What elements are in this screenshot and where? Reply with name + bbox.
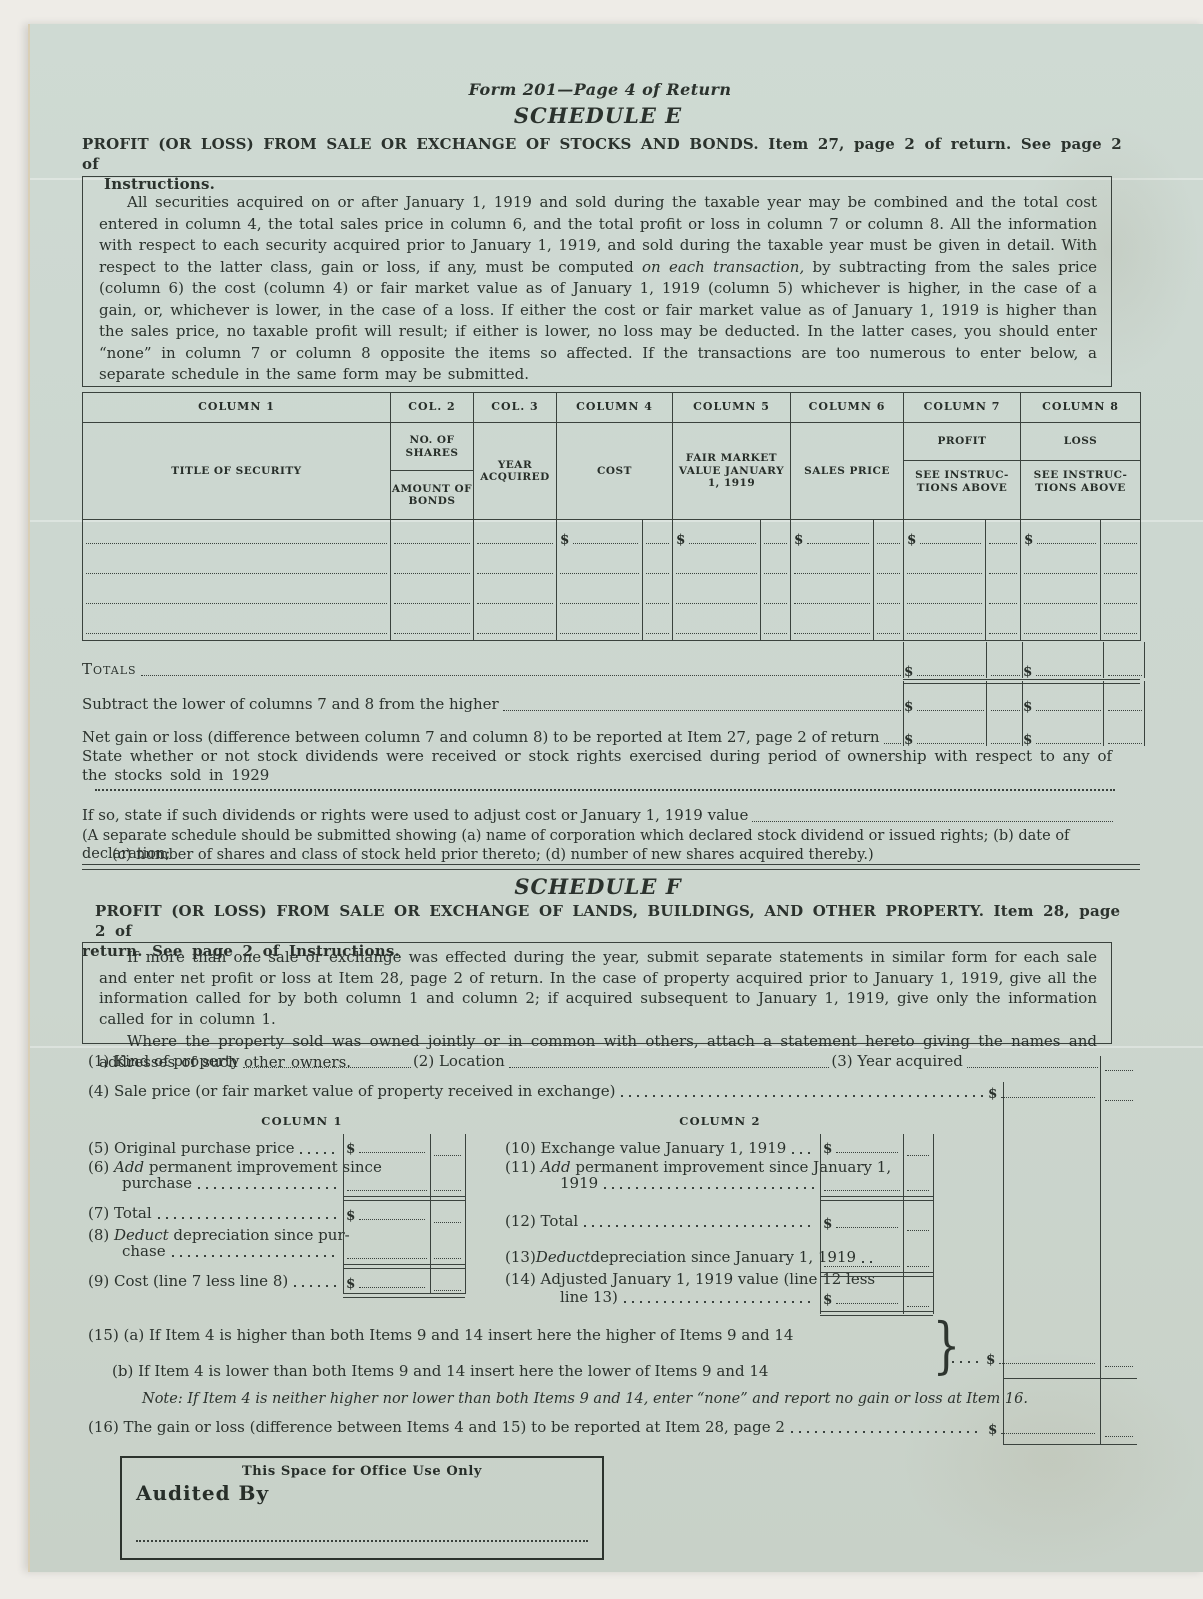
col6-header: COLUMN 6 <box>791 393 904 423</box>
closing-rule <box>1003 1378 1137 1379</box>
double-rule <box>820 1196 933 1201</box>
money-column-rule <box>820 1134 821 1314</box>
dotted-line <box>1001 1097 1095 1098</box>
dollar-sign: $ <box>1023 701 1032 713</box>
item10-amount-field: $ <box>823 1139 900 1155</box>
schedule-e-heading-line1: PROFIT (OR LOSS) FROM SALE OR EXCHANGE O… <box>82 134 1127 174</box>
form-page-label: Form 201—Page 4 of Return <box>300 80 900 99</box>
col1-subheader: TITLE OF SECURITY <box>83 423 391 520</box>
totals-row: Totals $ $ <box>82 642 1140 678</box>
table-cell <box>643 610 673 641</box>
dollar-sign: $ <box>904 734 913 746</box>
table-cell <box>557 550 643 580</box>
closing-rule <box>1003 1444 1137 1445</box>
instructions-italic-text: on each transaction, <box>642 258 804 276</box>
dotted-line <box>1108 675 1142 676</box>
dotted-line <box>836 1227 898 1228</box>
table-cell <box>673 610 761 641</box>
dotted-line <box>999 1363 1095 1364</box>
table-cell <box>874 610 904 641</box>
item14-text2: line 13) <box>560 1289 618 1306</box>
schedule-e-table: COLUMN 1 COL. 2 COL. 3 COLUMN 4 COLUMN 5… <box>82 392 1141 641</box>
table-cell <box>874 550 904 580</box>
scanned-tax-form-page: Form 201—Page 4 of Return SCHEDULE E PRO… <box>0 0 1203 1599</box>
item13-row: (13)Deductdepreciation since January 1, … <box>505 1250 817 1266</box>
item6-label-line2: purchase <box>122 1176 340 1192</box>
table-cell <box>791 550 874 580</box>
dot-leader <box>294 1285 338 1287</box>
item6-text2: purchase <box>122 1175 192 1192</box>
item2-label: (2) Location <box>413 1053 505 1070</box>
table-cell <box>83 610 391 641</box>
cents-line <box>434 1258 461 1259</box>
col5-subheader: FAIR MARKET VALUE JANUARY 1, 1919 <box>673 423 791 520</box>
item16-amount-field: $ <box>988 1420 1097 1436</box>
table-cell <box>474 610 557 641</box>
item16-label: (16) The gain or loss (difference betwee… <box>88 1419 785 1436</box>
totals-label: Totals <box>82 660 137 678</box>
table-cell <box>904 550 986 580</box>
item6-amount-line <box>347 1190 427 1191</box>
dollar-sign: $ <box>988 1424 997 1436</box>
dollar-sign: $ <box>794 534 803 546</box>
dotted-line <box>359 1152 425 1153</box>
item13-italic: Deduct <box>536 1249 591 1266</box>
table-cell <box>1021 580 1101 610</box>
table-cell <box>761 580 791 610</box>
item8-label-line2: chase <box>122 1244 340 1260</box>
col7-split: PROFIT SEE INSTRUC-TIONS ABOVE <box>904 423 1020 519</box>
double-rule <box>343 1293 465 1298</box>
item11-amount-line <box>824 1190 900 1191</box>
col2-label-shares: NO. OF SHARES <box>391 423 473 470</box>
item13-text: depreciation since January 1, 1919 <box>590 1249 856 1266</box>
table-cell <box>904 580 986 610</box>
item11-text2: 1919 <box>560 1175 598 1192</box>
table-cell: $ <box>557 520 643 551</box>
item7-amount-field: $ <box>346 1206 427 1222</box>
cents-line <box>434 1290 461 1291</box>
cents-divider-rule <box>903 1134 904 1314</box>
dotted-line <box>359 1287 425 1288</box>
item15a-label: (15) (a) If Item 4 is higher than both I… <box>88 1326 793 1345</box>
table-cell: $ <box>673 520 761 551</box>
office-box-title: This Space for Office Use Only <box>122 1464 602 1479</box>
table-cell <box>673 550 761 580</box>
dotted-line <box>991 743 1020 744</box>
table-cell <box>83 580 391 610</box>
schedule-e-instructions: All securities acquired on or after Janu… <box>99 192 1097 386</box>
item4-amount-field: $ <box>988 1084 1097 1100</box>
table-cell <box>391 580 474 610</box>
dollar-sign: $ <box>560 534 569 546</box>
dot-leader <box>158 1217 338 1219</box>
dot-leader <box>621 1095 983 1097</box>
col4-subheader: COST <box>557 423 673 520</box>
table-cell: $ <box>791 520 874 551</box>
cents-line <box>434 1155 461 1156</box>
table-cell <box>1021 610 1101 641</box>
table-cell <box>643 520 673 551</box>
table-cell <box>986 520 1021 551</box>
col4-header: COLUMN 4 <box>557 393 673 423</box>
table-cell <box>1101 580 1141 610</box>
dotted-leader <box>503 710 901 711</box>
schedule-f-instruction-box: If more than one sale or exchange was ef… <box>82 942 1112 1044</box>
dot-leader <box>862 1261 872 1263</box>
dot-leader <box>198 1187 338 1189</box>
item5-amount-field: $ <box>346 1139 427 1155</box>
separate-schedule-note-2: (c) number of shares and class of stock … <box>112 846 1122 864</box>
schedule-f-title: SCHEDULE F <box>82 874 1114 899</box>
schedule-f-para1: If more than one sale or exchange was ef… <box>99 947 1097 1029</box>
dividends-adjust-question: If so, state if such dividends or rights… <box>82 806 1115 824</box>
dotted-line <box>917 710 984 711</box>
dot-leader <box>300 1152 338 1154</box>
f-column2-header: COLUMN 2 <box>505 1114 935 1128</box>
section-divider-rule <box>82 864 1140 870</box>
cents-line <box>434 1190 461 1191</box>
table-cell <box>874 520 904 551</box>
dollar-sign: $ <box>904 666 913 678</box>
net-gain-row: Net gain or loss (difference between col… <box>82 713 1140 746</box>
item6-number: (6) <box>88 1158 109 1176</box>
dotted-line <box>991 710 1020 711</box>
table-cell <box>673 580 761 610</box>
item5-row: (5) Original purchase price <box>88 1141 340 1157</box>
table-cell <box>1101 520 1141 551</box>
col2-header: COL. 2 <box>391 393 474 423</box>
col7-subheader: PROFIT SEE INSTRUC-TIONS ABOVE <box>904 423 1021 520</box>
dot-leader <box>791 1431 983 1433</box>
table-cell <box>391 520 474 551</box>
item15b-label: (b) If Item 4 is lower than both Items 9… <box>112 1362 768 1381</box>
dollar-sign: $ <box>823 1294 832 1306</box>
cents-line <box>1105 1436 1133 1437</box>
dot-leader <box>952 1361 984 1363</box>
dotted-leader <box>752 821 1113 822</box>
item14-amount-field: $ <box>823 1290 900 1306</box>
schedule-e-instruction-box: All securities acquired on or after Janu… <box>82 176 1112 387</box>
item9-label: (9) Cost (line 7 less line 8) <box>88 1273 288 1290</box>
table-cell <box>391 550 474 580</box>
item7-label: (7) Total <box>88 1205 152 1222</box>
office-use-box: This Space for Office Use Only Audited B… <box>120 1456 604 1560</box>
table-cell <box>986 550 1021 580</box>
item12-row: (12) Total <box>505 1214 817 1230</box>
table-cell <box>643 550 673 580</box>
item11-text: permanent improvement since January 1, <box>575 1158 891 1176</box>
item7-row: (7) Total <box>88 1206 340 1222</box>
item10-row: (10) Exchange value January 1, 1919 <box>505 1141 817 1157</box>
dot-leader <box>624 1301 815 1303</box>
dollar-sign: $ <box>346 1143 355 1155</box>
dotted-line <box>836 1152 898 1153</box>
dollar-sign: $ <box>346 1278 355 1290</box>
dividends-adjust-label: If so, state if such dividends or rights… <box>82 807 748 824</box>
dollar-sign: $ <box>1023 734 1032 746</box>
col7-header: COLUMN 7 <box>904 393 1021 423</box>
dotted-line <box>836 1303 898 1304</box>
table-cell <box>874 580 904 610</box>
col3-subheader: YEAR ACQUIRED <box>474 423 557 520</box>
table-cell <box>474 520 557 551</box>
audited-by-line <box>136 1540 588 1542</box>
item9-amount-field: $ <box>346 1274 427 1290</box>
dotted-leader <box>967 1067 1098 1068</box>
col5-header: COLUMN 5 <box>673 393 791 423</box>
item15-amount-field: $ <box>952 1350 1097 1366</box>
cents-line <box>907 1190 929 1191</box>
table-cell <box>643 580 673 610</box>
dollar-sign: $ <box>823 1218 832 1230</box>
stock-dividends-question: State whether or not stock dividends wer… <box>82 747 1127 785</box>
double-rule <box>820 1311 933 1316</box>
cents-line <box>907 1266 929 1267</box>
dollar-sign: $ <box>346 1210 355 1222</box>
money-column-rule <box>343 1134 344 1294</box>
table-cell <box>391 610 474 641</box>
col8-header: COLUMN 8 <box>1021 393 1141 423</box>
dollar-sign: $ <box>907 534 916 546</box>
dotted-line <box>1036 743 1101 744</box>
item12-amount-field: $ <box>823 1214 900 1230</box>
item13-amount-line <box>824 1266 900 1267</box>
dotted-line <box>1036 675 1101 676</box>
subtract-label: Subtract the lower of columns 7 and 8 fr… <box>82 695 499 713</box>
table-cell <box>791 610 874 641</box>
item10-label: (10) Exchange value January 1, 1919 <box>505 1140 786 1157</box>
net-gain-label: Net gain or loss (difference between col… <box>82 728 880 746</box>
dollar-sign: $ <box>676 534 685 546</box>
dollar-sign: $ <box>988 1088 997 1100</box>
col7-label-profit: PROFIT <box>904 423 1020 460</box>
table-cell <box>1101 550 1141 580</box>
subtract-row: Subtract the lower of columns 7 and 8 fr… <box>82 681 1140 713</box>
double-rule <box>820 1272 933 1277</box>
table-cell <box>557 610 643 641</box>
table-cell <box>1021 550 1101 580</box>
dot-leader <box>172 1255 338 1257</box>
dotted-line <box>1108 743 1142 744</box>
item11-label-line2: 1919 <box>560 1176 817 1192</box>
dotted-leader <box>243 1067 411 1068</box>
col3-header: COL. 3 <box>474 393 557 423</box>
cents-line <box>907 1230 929 1231</box>
col8-label-loss: LOSS <box>1021 423 1140 460</box>
dotted-line <box>1036 710 1101 711</box>
dotted-line <box>991 675 1020 676</box>
money-column-rule <box>933 1134 934 1314</box>
item8-text: depreciation since pur- <box>173 1226 349 1244</box>
item8-text2: chase <box>122 1243 166 1260</box>
item14-label-line2: line 13) <box>560 1290 817 1306</box>
item4-row: (4) Sale price (or fair market value of … <box>88 1084 985 1100</box>
cents-divider-rule <box>430 1134 431 1294</box>
dollar-sign: $ <box>1024 534 1033 546</box>
table-cell <box>83 550 391 580</box>
item12-label: (12) Total <box>505 1213 578 1230</box>
f-column1-header: COLUMN 1 <box>82 1114 522 1128</box>
cents-line <box>434 1222 461 1223</box>
item8-number: (8) <box>88 1226 109 1244</box>
cents-line <box>1105 1366 1133 1367</box>
dollar-sign: $ <box>986 1354 995 1366</box>
double-rule <box>343 1196 465 1201</box>
col2-subheader: NO. OF SHARES AMOUNT OF BONDS <box>391 423 474 520</box>
note-text: Note: If Item 4 is neither higher nor lo… <box>142 1390 1102 1408</box>
instructions-text: by subtracting from the sales price (col… <box>99 258 1097 384</box>
money-column-rule <box>465 1134 466 1294</box>
cents-column-rule <box>1100 1056 1101 1444</box>
cents-line <box>907 1155 929 1156</box>
item8-amount-line <box>347 1258 427 1259</box>
cents-line <box>1105 1100 1133 1101</box>
item4-label: (4) Sale price (or fair market value of … <box>88 1083 615 1100</box>
dotted-line <box>1001 1433 1095 1434</box>
item11-number: (11) <box>505 1158 536 1176</box>
col6-subheader: SALES PRICE <box>791 423 904 520</box>
cents-line <box>907 1306 929 1307</box>
audited-by-label: Audited By <box>136 1481 602 1505</box>
col8-split: LOSS SEE INSTRUC-TIONS ABOVE <box>1021 423 1140 519</box>
table-cell <box>83 520 391 551</box>
item13-number: (13) <box>505 1249 536 1266</box>
dollar-sign: $ <box>1023 666 1032 678</box>
brace-glyph: } <box>933 1315 961 1376</box>
col2-label-bonds: AMOUNT OF BONDS <box>391 470 473 519</box>
dotted-line <box>917 675 984 676</box>
item16-row: (16) The gain or loss (difference betwee… <box>88 1420 985 1436</box>
dotted-leader <box>884 743 901 744</box>
col8-subheader: LOSS SEE INSTRUC-TIONS ABOVE <box>1021 423 1141 520</box>
item1-label: (1) Kind of property <box>88 1053 239 1070</box>
dotted-leader <box>141 675 901 676</box>
item9-row: (9) Cost (line 7 less line 8) <box>88 1274 340 1290</box>
table-cell <box>791 580 874 610</box>
dotted-line <box>917 743 984 744</box>
dollar-sign: $ <box>904 701 913 713</box>
dot-leader <box>584 1225 815 1227</box>
dot-leader <box>792 1152 815 1154</box>
table-cell <box>761 550 791 580</box>
col1-header: COLUMN 1 <box>83 393 391 423</box>
item-1-2-3-row: (1) Kind of property (2) Location (3) Ye… <box>88 1054 1100 1070</box>
dotted-line <box>1108 710 1142 711</box>
item5-label: (5) Original purchase price <box>88 1140 294 1157</box>
col7-see-instructions: SEE INSTRUC-TIONS ABOVE <box>904 460 1020 519</box>
col2-split: NO. OF SHARES AMOUNT OF BONDS <box>391 423 473 519</box>
item3-label: (3) Year acquired <box>831 1053 962 1070</box>
table-cell <box>474 550 557 580</box>
table-cell: $ <box>904 520 986 551</box>
table-cell <box>904 610 986 641</box>
schedule-f-heading-line1: PROFIT (OR LOSS) FROM SALE OR EXCHANGE O… <box>82 901 1127 941</box>
cents-line <box>1105 1070 1133 1071</box>
table-cell <box>761 520 791 551</box>
table-cell <box>1101 610 1141 641</box>
dot-leader <box>604 1187 815 1189</box>
col8-see-instructions: SEE INSTRUC-TIONS ABOVE <box>1021 460 1140 519</box>
double-rule <box>343 1264 465 1269</box>
dotted-line <box>359 1219 425 1220</box>
table-cell <box>986 580 1021 610</box>
table-cell <box>986 610 1021 641</box>
dotted-leader <box>509 1067 830 1068</box>
table-cell <box>557 580 643 610</box>
table-cell <box>761 610 791 641</box>
table-cell <box>474 580 557 610</box>
answer-line <box>95 789 1115 791</box>
table-cell: $ <box>1021 520 1101 551</box>
dollar-sign: $ <box>823 1143 832 1155</box>
schedule-e-title: SCHEDULE E <box>82 103 1114 128</box>
